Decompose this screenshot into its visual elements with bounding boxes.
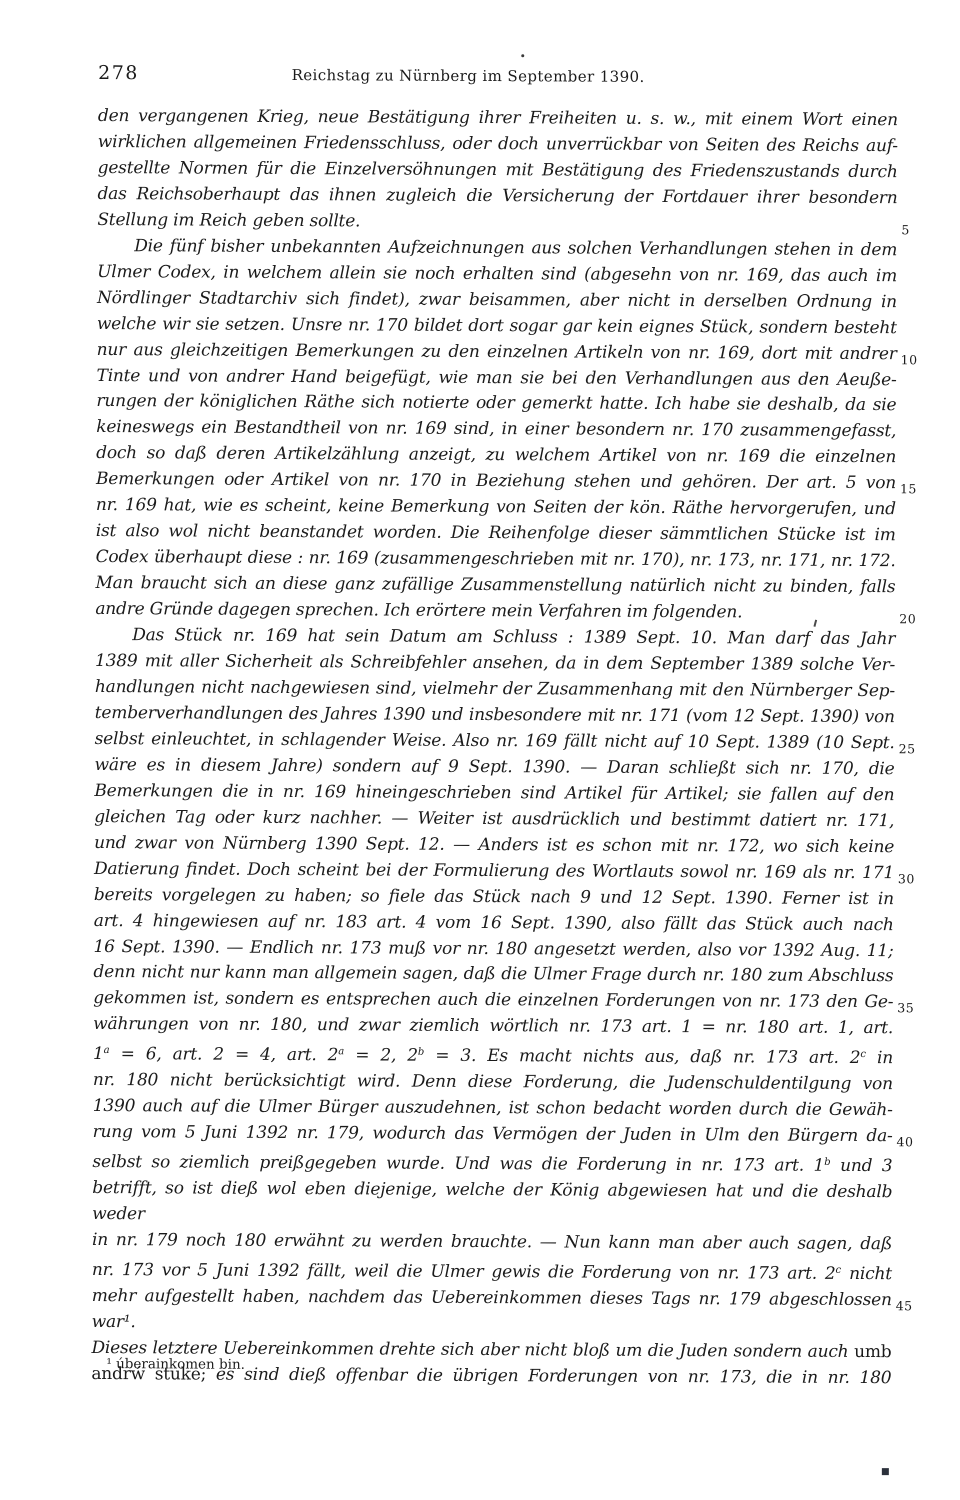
text-line: betrifft, so ist dieß wol eben diejenige… <box>92 1176 892 1232</box>
text-run: welche wir sie setzen. Unsre nr. 170 bil… <box>97 314 897 338</box>
text-run: gekommen ist, sondern es entsprechen auc… <box>93 988 893 1012</box>
text-run: Nördlinger Stadtarchiv sich findet), zwa… <box>97 288 897 312</box>
text-run: = 6, art. 2 = 4, art. 2 <box>110 1044 339 1065</box>
margin-line-number: 45 <box>896 1293 934 1319</box>
running-header: 278 Reichstag zu Nürnberg im September 1… <box>98 62 898 92</box>
text-run: nr. 173 vor 5 Juni 1392 fällt, weil die … <box>92 1260 836 1284</box>
text-run: selbst so ziemlich preißgegeben wurde. U… <box>92 1152 824 1176</box>
text-run: Man braucht sich an diese ganz zufällige… <box>95 573 895 597</box>
text-line: nr. 173 vor 5 Juni 1392 fällt, weil die … <box>92 1254 892 1288</box>
text-run: ist also wol nicht beanstandet worden. D… <box>96 521 896 545</box>
text-run: Tinte und von andrer Hand beigefügt, wie… <box>97 366 897 390</box>
scan-artifact-dot <box>521 54 524 57</box>
scanned-page-content: 278 Reichstag zu Nürnberg im September 1… <box>0 0 960 1500</box>
text-line: mehr aufgestellt haben, nachdem das Uebe… <box>92 1284 892 1340</box>
text-run: Codex überhaupt diese : nr. 169 (zusamme… <box>96 547 896 571</box>
text-run: nr. 169 hat, wie es scheint, keine Bemer… <box>96 495 896 519</box>
margin-line-number: 35 <box>897 996 935 1022</box>
text-run: Bemerkungen oder Artikel von nr. 170 in … <box>96 469 896 493</box>
text-run: wirklichen allgemeinen Friedensschluss, … <box>98 132 898 156</box>
text-run: Ulmer Codex, in welchem allein sie noch … <box>97 262 897 286</box>
text-run: denn nicht nur kann man allgemein sagen,… <box>93 962 893 986</box>
text-run: und zwar von Nürnberg 1390 Sept. 12. — A… <box>94 833 894 857</box>
text-run: das Reichsoberhaupt das ihnen zugleich d… <box>97 184 897 208</box>
margin-line-number: 5 <box>901 217 939 243</box>
text-run: selbst einleuchtet, in schlagender Weise… <box>95 729 895 753</box>
text-run: Stellung im Reich geben sollte. <box>97 210 360 231</box>
text-line: 1a = 6, art. 2 = 4, art. 2a = 2, 2b = 3.… <box>93 1038 893 1072</box>
text-run: mehr aufgestellt haben, nachdem das Uebe… <box>92 1286 892 1332</box>
book-page: 278 Reichstag zu Nürnberg im September 1… <box>0 0 960 1500</box>
margin-line-number: 40 <box>897 1129 935 1155</box>
text-run: Die fünf bisher unbekannten Aufzeichnung… <box>134 236 897 260</box>
margin-line-number: 30 <box>898 866 936 892</box>
text-run: art. 4 hingewiesen auf nr. 183 art. 4 vo… <box>94 911 894 935</box>
text-run: 1389 mit aller Sicherheit als Schreibfeh… <box>95 651 895 675</box>
text-run: nur aus gleichzeitigen Bemerkungen zu de… <box>97 340 897 364</box>
page-body: den vergangenen Krieg, neue Bestätigung … <box>91 104 898 1392</box>
text-run: keineswegs ein Bestandtheil von nr. 169 … <box>96 417 896 441</box>
text-run: Datierung findet. Doch scheint bei der F… <box>94 859 894 883</box>
text-run: rungen der königlichen Räthe sich notier… <box>96 391 896 415</box>
text-run: umb <box>854 1342 891 1362</box>
margin-line-number: 20 <box>899 606 937 632</box>
text-run: 1 <box>93 1044 104 1064</box>
text-run: = 2, 2 <box>344 1046 418 1066</box>
text-run: nr. 180 nicht berücksichtigt wird. Denn … <box>93 1070 893 1094</box>
text-run: doch so daß deren Artikelzählung anzeigt… <box>96 443 896 467</box>
text-run: rung vom 5 Juni 1392 nr. 179, wodurch da… <box>93 1122 893 1146</box>
text-run: = 3. Es macht nichts aus, daß nr. 173 ar… <box>424 1046 860 1068</box>
text-run: temberverhandlungen des Jahres 1390 und … <box>95 703 895 727</box>
text-run: andre Gründe dagegen sprechen. Ich erört… <box>95 599 742 622</box>
running-header-title: Reichstag zu Nürnberg im September 1390. <box>98 65 838 87</box>
text-run: gestellte Normen für die Einzelversöhnun… <box>98 158 898 182</box>
text-run: und 3 <box>831 1156 893 1176</box>
text-run: den vergangenen Krieg, neue Bestätigung … <box>98 106 898 130</box>
text-run: bereits vorgelegen zu haben; so fiele da… <box>94 885 894 909</box>
text-run: nicht <box>841 1264 892 1284</box>
text-run: wäre es in diesem Jahre) sondern auf 9 S… <box>94 755 894 779</box>
text-run: gleichen Tag oder kurz nachher. — Weiter… <box>94 807 894 831</box>
margin-line-number: 10 <box>901 347 939 373</box>
text-run: Bemerkungen die in nr. 169 hineingeschri… <box>94 781 894 805</box>
text-run: währungen von nr. 180, und zwar ziemlich… <box>93 1014 893 1038</box>
text-run: 1390 auch auf die Ulmer Bürger auszudehn… <box>93 1096 893 1120</box>
text-run: Das Stück nr. 169 hat sein Datum am Schl… <box>132 625 895 649</box>
text-run: betrifft, so ist dieß wol eben diejenige… <box>92 1178 892 1224</box>
text-run: 16 Sept. 1390. — Endlich nr. 173 muß vor… <box>94 936 894 960</box>
scan-artifact-speck <box>882 1468 889 1475</box>
margin-line-number: 15 <box>900 477 938 503</box>
text-line: selbst so ziemlich preißgegeben wurde. U… <box>92 1146 892 1180</box>
text-run: in nr. 179 noch 180 erwähnt zu werden br… <box>92 1230 892 1254</box>
text-run: in <box>866 1048 893 1068</box>
margin-line-number: 25 <box>899 736 937 762</box>
text-run: handlungen nicht nachgewiesen sind, viel… <box>95 677 895 701</box>
